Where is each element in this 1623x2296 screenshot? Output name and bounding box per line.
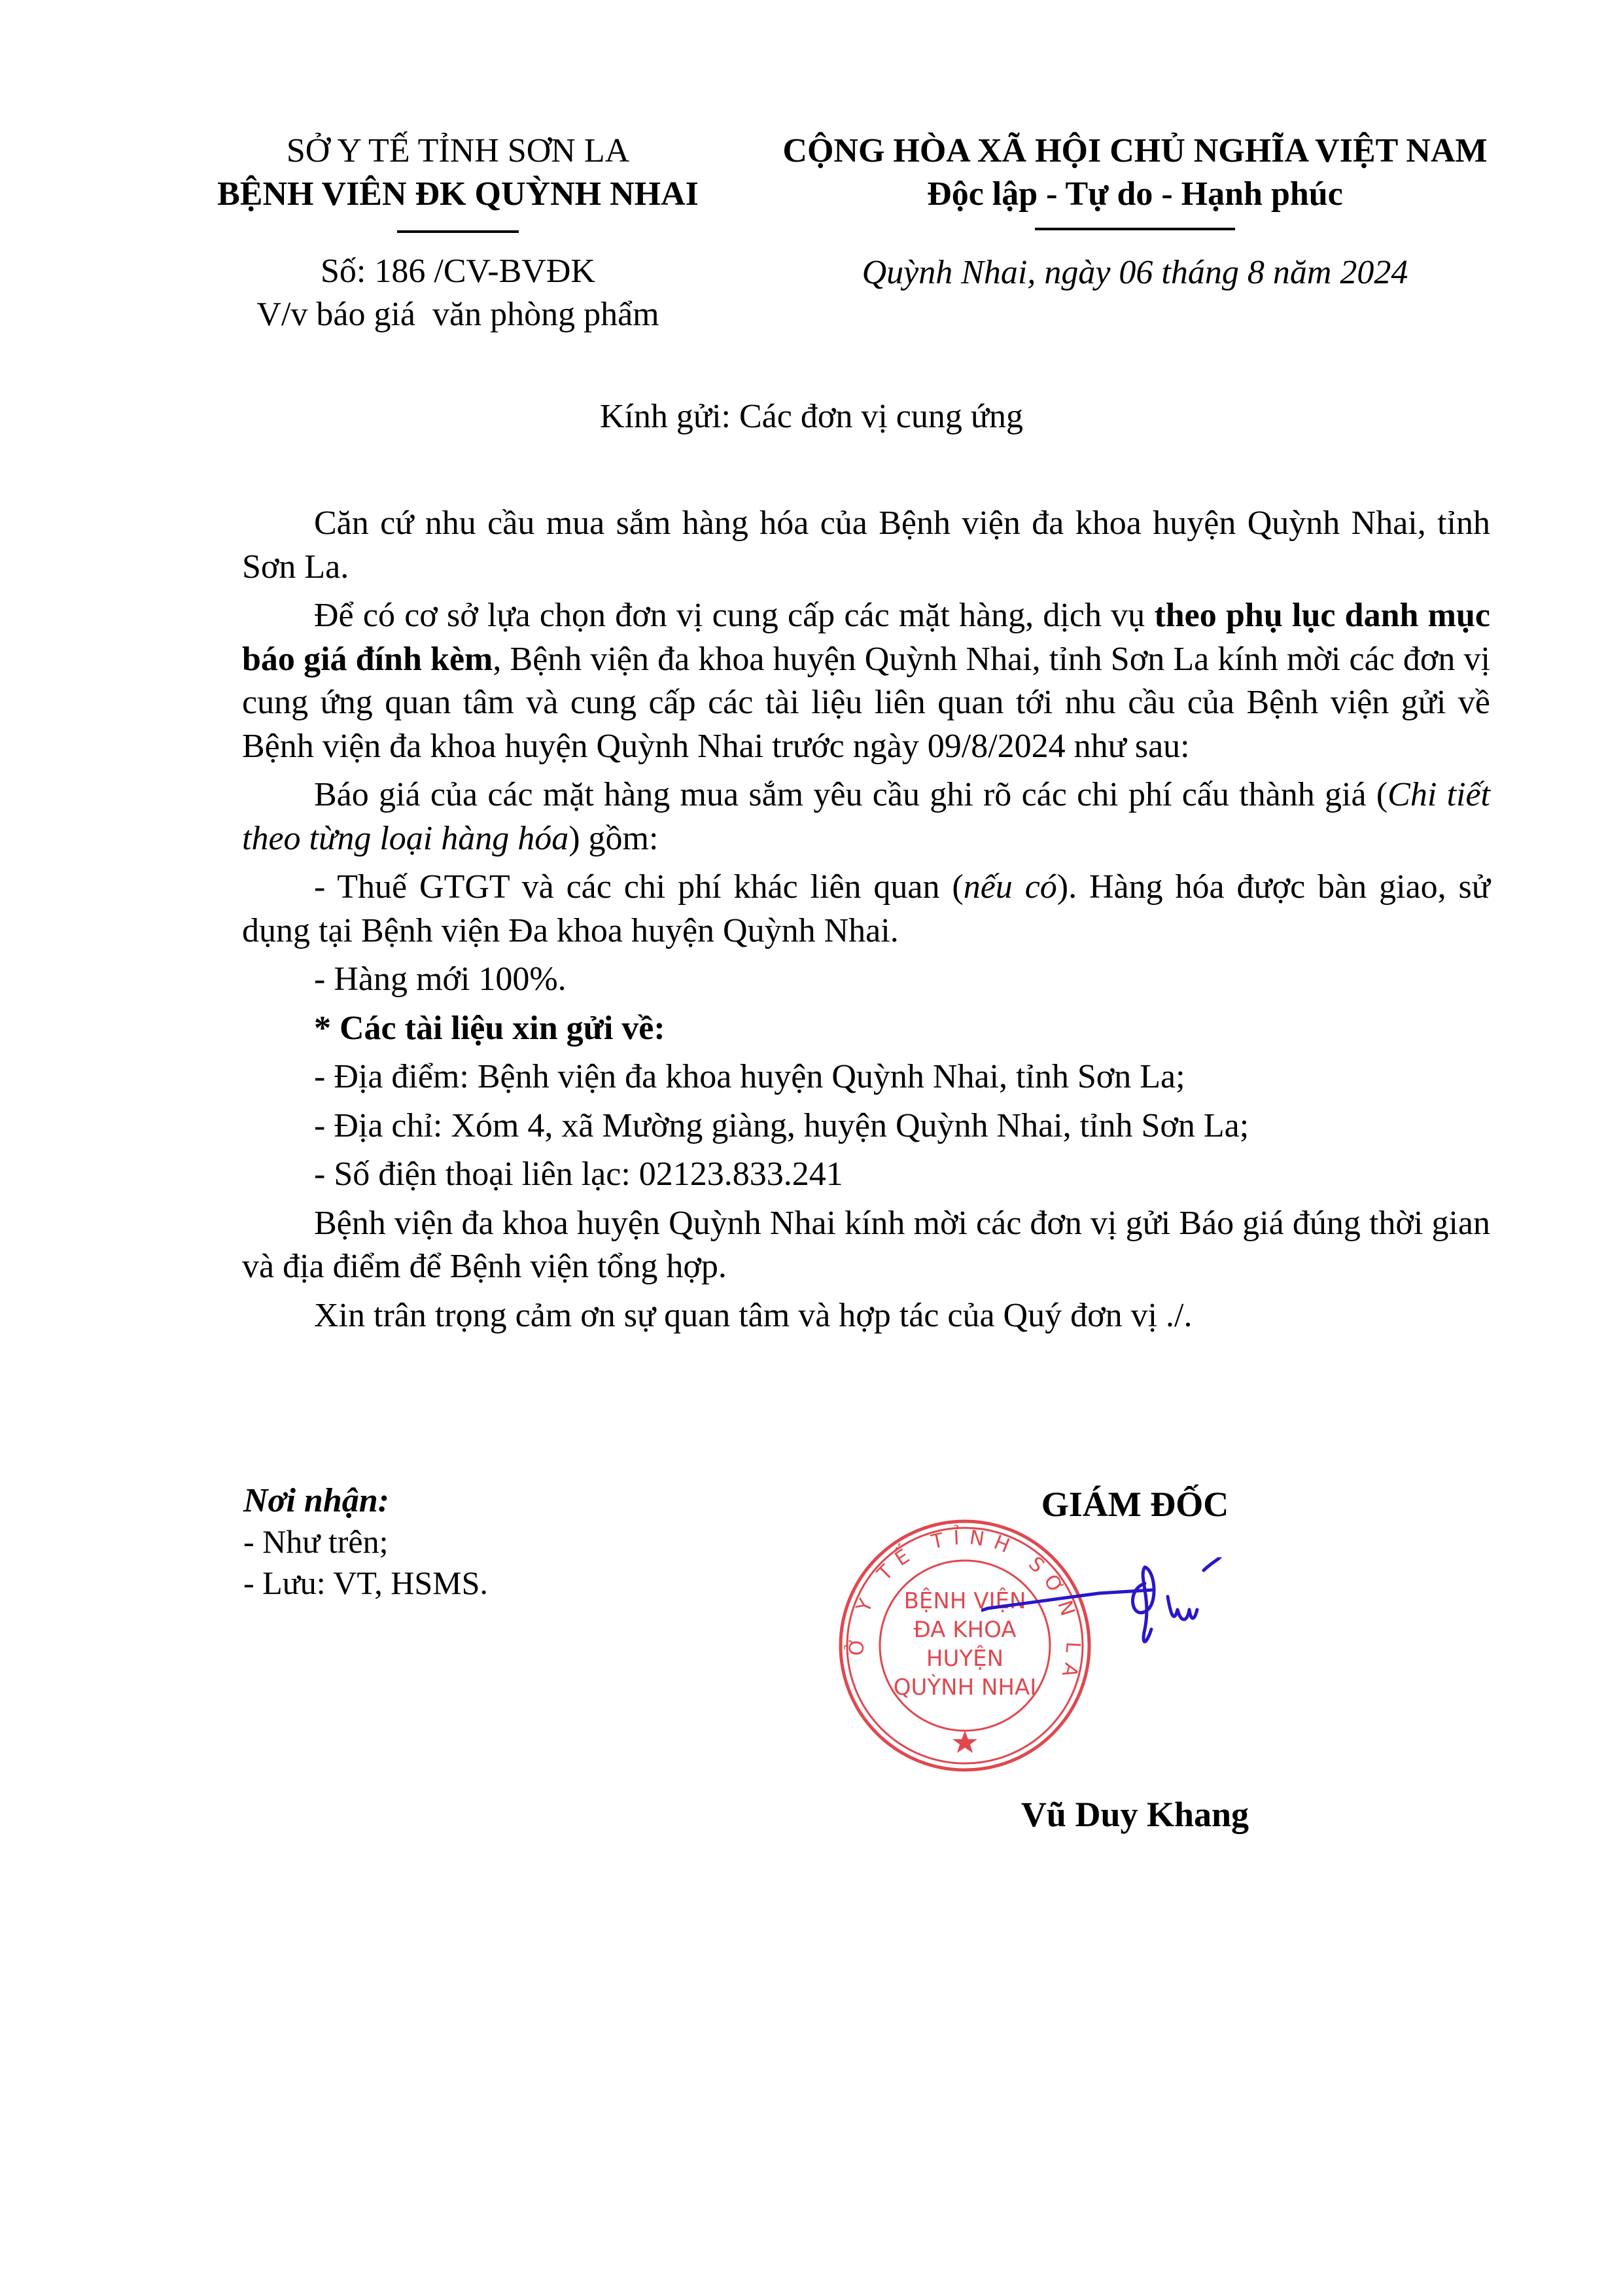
recipient-item: - Như trên; bbox=[243, 1521, 488, 1563]
recipients-block: Nơi nhận: - Như trên; - Lưu: VT, HSMS. bbox=[243, 1480, 488, 1604]
organization-name: BỆNH VIÊN ĐK QUỲNH NHAI bbox=[164, 173, 752, 216]
address-line: - Địa chỉ: Xóm 4, xã Mường giàng, huyện … bbox=[242, 1104, 1490, 1148]
document-number: Số: 186 /CV-BVĐK bbox=[164, 250, 752, 293]
new-goods-line: - Hàng mới 100%. bbox=[242, 958, 1490, 1002]
document-subject: V/v báo giá văn phòng phẩm bbox=[164, 293, 752, 336]
issuer-block: SỞ Y TẾ TỈNH SƠN LA BỆNH VIÊN ĐK QUỲNH N… bbox=[164, 130, 752, 336]
header-right-divider bbox=[1035, 228, 1235, 230]
seal-line: QUỲNH NHAI bbox=[894, 1674, 1037, 1701]
paragraph-invitation: Để có cơ sở lựa chọn đơn vị cung cấp các… bbox=[242, 594, 1490, 768]
letter-body: Căn cứ nhu cầu mua sắm hàng hóa của Bệnh… bbox=[242, 502, 1490, 1343]
phone-line: - Số điện thoại liên lạc: 02123.833.241 bbox=[242, 1153, 1490, 1197]
handwritten-signature-icon bbox=[981, 1557, 1308, 1662]
place-and-date: Quỳnh Nhai, ngày 06 tháng 8 năm 2024 bbox=[733, 251, 1537, 294]
doc-code: /CV-BVĐK bbox=[434, 253, 595, 290]
paragraph-vat: - Thuế GTGT và các chi phí khác liên qua… bbox=[242, 866, 1490, 953]
paragraph-closing-invite: Bệnh viện đa khoa huyện Quỳnh Nhai kính … bbox=[242, 1202, 1490, 1289]
national-motto: Độc lập - Tự do - Hạnh phúc bbox=[733, 173, 1537, 216]
national-header-block: CỘNG HÒA XÃ HỘI CHỦ NGHĨA VIỆT NAM Độc l… bbox=[733, 130, 1537, 294]
paragraph-quote-requirements: Báo giá của các mặt hàng mua sắm yêu cầu… bbox=[242, 773, 1490, 860]
salutation: Kính gửi: Các đơn vị cung ứng bbox=[0, 397, 1623, 436]
doc-number-label: Số: bbox=[321, 253, 366, 290]
paragraph-thanks: Xin trân trọng cảm ơn sự quan tâm và hợp… bbox=[242, 1294, 1490, 1338]
nation-name: CỘNG HÒA XÃ HỘI CHỦ NGHĨA VIỆT NAM bbox=[733, 130, 1537, 173]
agency-name: SỞ Y TẾ TỈNH SƠN LA bbox=[164, 130, 752, 173]
location-line: - Địa điểm: Bệnh viện đa khoa huyện Quỳn… bbox=[242, 1055, 1490, 1099]
paragraph-basis: Căn cứ nhu cầu mua sắm hàng hóa của Bệnh… bbox=[242, 502, 1490, 589]
recipient-item: - Lưu: VT, HSMS. bbox=[243, 1563, 488, 1604]
signer-name: Vũ Duy Khang bbox=[981, 1794, 1289, 1835]
header-left-divider bbox=[397, 230, 519, 233]
doc-number-value: 186 bbox=[374, 253, 425, 290]
recipients-label: Nơi nhận: bbox=[243, 1480, 488, 1521]
documents-heading: * Các tài liệu xin gửi về: bbox=[242, 1007, 1490, 1051]
